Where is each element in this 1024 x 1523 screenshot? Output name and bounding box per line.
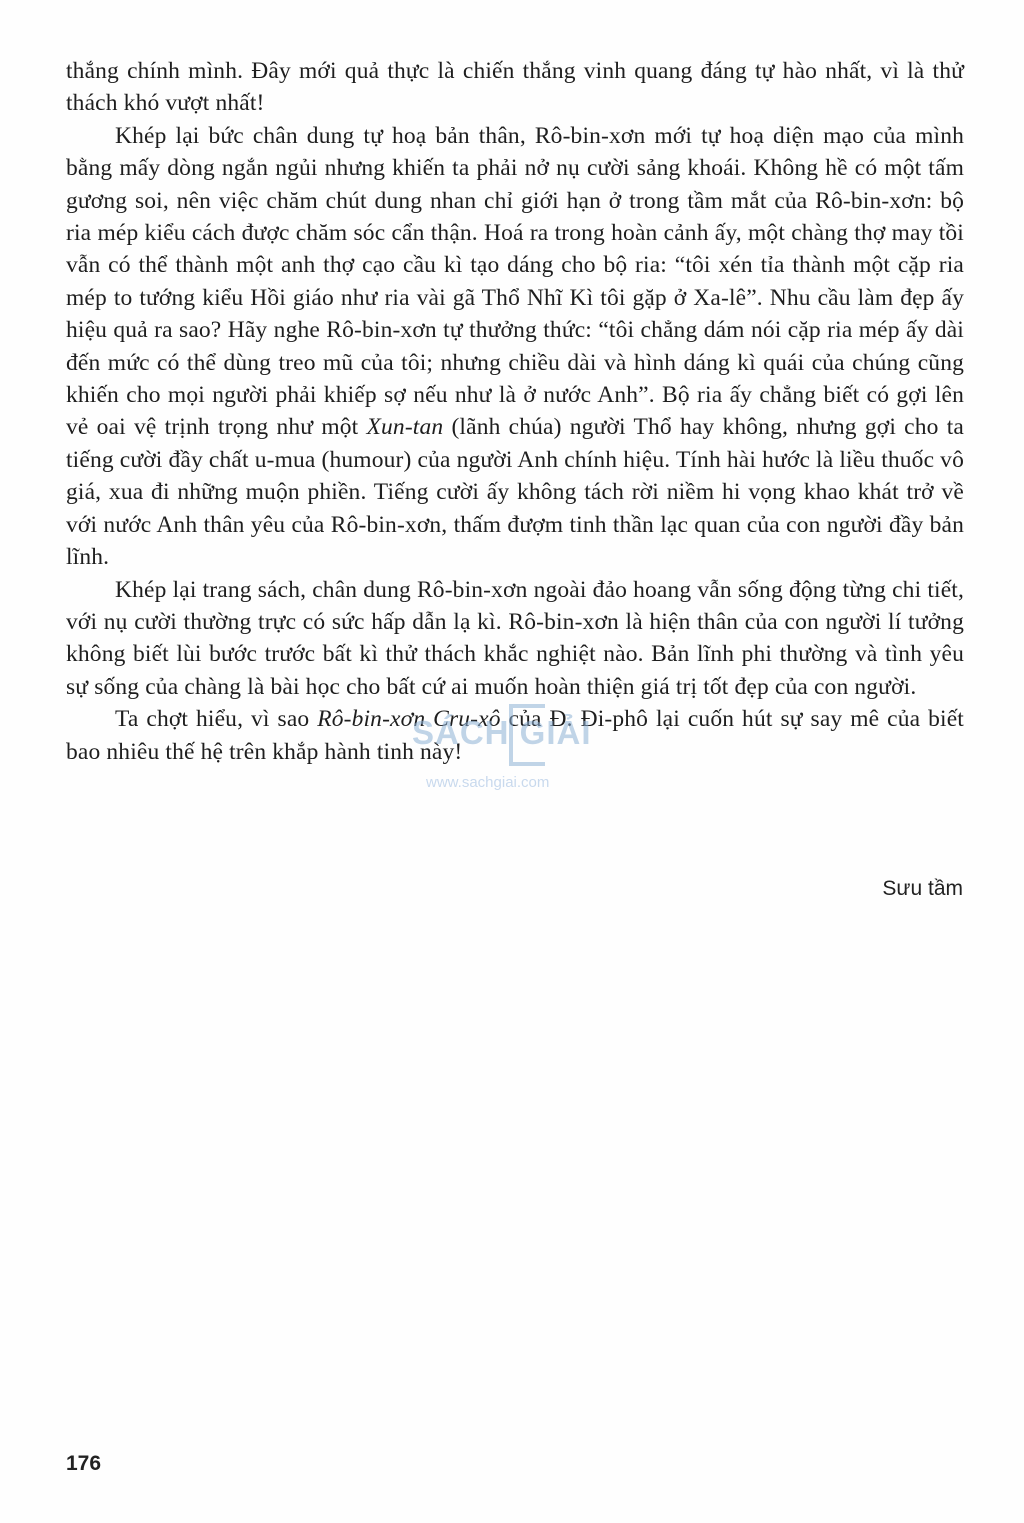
paragraph-text: Ta chợt hiểu, vì sao (115, 706, 317, 732)
paragraph-closing-portrait: Khép lại trang sách, chân dung Rô-bin-xơ… (66, 574, 964, 704)
watermark-url: www.sachgiai.com (426, 774, 549, 791)
page-number: 176 (66, 1452, 101, 1476)
attribution: Sưu tầm (882, 877, 963, 901)
paragraph-conclusion: Ta chợt hiểu, vì sao Rô-bin-xơn Cru-xô c… (66, 703, 964, 768)
paragraph-text: Khép lại bức chân dung tự hoạ bản thân, … (66, 123, 964, 441)
paragraph-continuation: thắng chính mình. Đây mới quả thực là ch… (66, 55, 964, 120)
paragraph-self-portrait: Khép lại bức chân dung tự hoạ bản thân, … (66, 120, 964, 574)
body-text: thắng chính mình. Đây mới quả thực là ch… (66, 55, 964, 768)
italic-term-xun-tan: Xun-tan (367, 414, 444, 440)
book-page: thắng chính mình. Đây mới quả thực là ch… (0, 0, 1024, 1523)
italic-book-title: Rô-bin-xơn Cru-xô (317, 706, 500, 732)
